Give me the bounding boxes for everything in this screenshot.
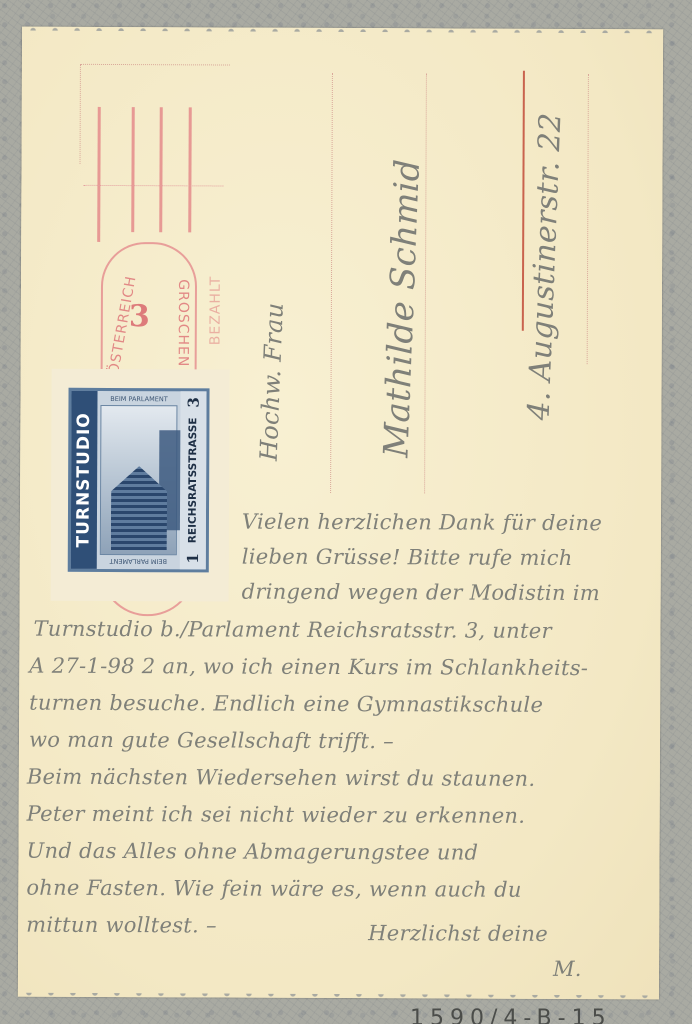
meter-franking-mark: ÖSTERREICH 3 GROSCHEN BEZAHLT: [22, 27, 663, 30]
message-body: Vielen herzlichen Dank für deine lieben …: [22, 27, 663, 30]
stamp-box-guide-top: [80, 64, 230, 66]
stamp-street-band: REICHSRATSSTRASSE 3 1: [180, 391, 207, 569]
address-line-salutation: Hochw. Frau: [255, 302, 289, 461]
address-guide-line-3: [587, 74, 589, 364]
meter-bar: [131, 107, 135, 232]
stamp-street: REICHSRATSSTRASSE: [187, 418, 200, 544]
address-underline: [522, 71, 525, 331]
message-line: turnen besuche. Endlich eine Gymnastiksc…: [29, 691, 543, 717]
postage-stamp: TURNSTUDIO BEIM PARLAMENT BEIM PARLAMENT…: [54, 372, 227, 599]
message-line: ohne Fasten. Wie fein wäre es, wenn auch…: [26, 876, 521, 902]
stamp-frame: TURNSTUDIO BEIM PARLAMENT BEIM PARLAMENT…: [68, 388, 210, 573]
message-line: Beim nächsten Wiedersehen wirst du staun…: [27, 765, 536, 791]
meter-bar: [188, 107, 192, 232]
message-line: dringend wegen der Modistin im: [242, 580, 600, 606]
stamp-box-guide-left: [80, 64, 81, 164]
address-guide-line-1: [330, 73, 333, 493]
stamp-number-top: 3: [184, 397, 202, 408]
address-guide-line-2: [424, 73, 427, 493]
meter-bar: [97, 107, 101, 242]
postcard: ÖSTERREICH 3 GROSCHEN BEZAHLT TURNSTUDIO…: [18, 27, 663, 1000]
address-line-name: Mathilde Schmid: [376, 158, 428, 458]
meter-dotted-line: [83, 185, 223, 187]
message-closing: Herzlichst deine: [368, 921, 548, 946]
stamp-title: TURNSTUDIO: [74, 412, 95, 547]
message-line: wo man gute Gesellschaft trifft. –: [29, 728, 394, 754]
message-line: Und das Alles ohne Abmagerungstee und: [26, 839, 478, 865]
stamp-number-bottom: 1: [184, 553, 202, 564]
stamp-caption-bottom: BEIM PARLAMENT: [100, 555, 177, 567]
message-line: mittun wolltest. –: [26, 913, 217, 938]
message-line: A 27-1-98 2 an, wo ich einen Kurs im Sch…: [29, 654, 588, 680]
meter-paid-note: BEZAHLT: [208, 276, 224, 346]
message-line: lieben Grüsse! Bitte rufe mich: [242, 545, 573, 570]
message-line: Vielen herzlichen Dank für deine: [242, 510, 602, 536]
meter-currency: GROSCHEN: [175, 279, 191, 367]
message-line: Turnstudio b./Parlament Reichsratsstr. 3…: [33, 617, 551, 643]
meter-bar: [159, 107, 163, 232]
stamp-title-band: TURNSTUDIO: [71, 391, 98, 569]
stamp-parliament-illustration: [100, 405, 178, 555]
stamp-caption-top: BEIM PARLAMENT: [100, 393, 177, 405]
meter-value: 3: [129, 299, 150, 334]
address-line-street: 4. Augustinerstr. 22: [521, 112, 568, 421]
archive-number: 1590/4-B-15: [410, 1006, 612, 1024]
message-line: Peter meint ich sei nicht wieder zu erke…: [27, 802, 526, 828]
message-signature: M.: [553, 957, 582, 981]
